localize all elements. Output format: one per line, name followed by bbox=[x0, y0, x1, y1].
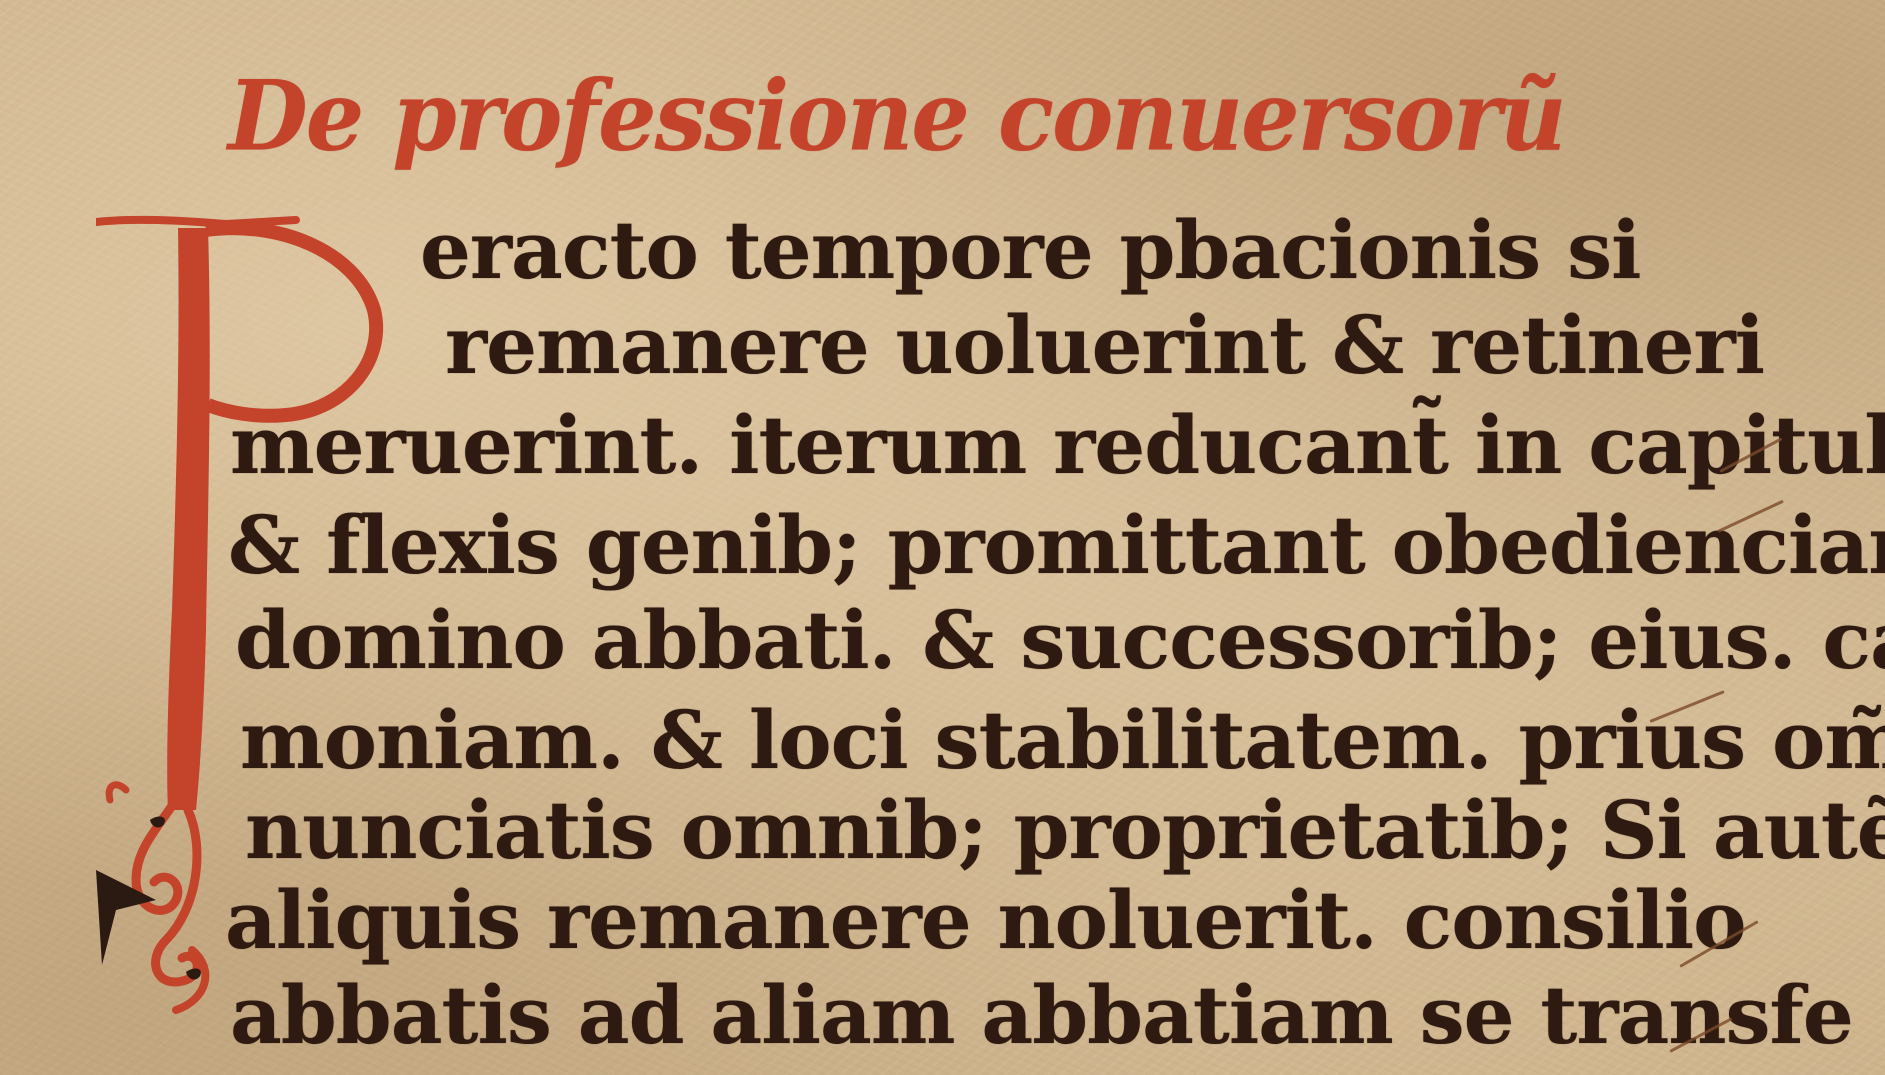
text-line-1: eracto tempore pbacionis si bbox=[420, 210, 1641, 290]
text-line-9: abbatis ad aliam abbatiam se transfe bbox=[230, 975, 1853, 1055]
text-line-2: remanere uoluerint & retineri bbox=[445, 305, 1764, 385]
manuscript-page: De professione conuersorũ eracto tempor… bbox=[0, 0, 1885, 1075]
text-line-4: & flexis genib; promittant obedienciam bbox=[228, 505, 1885, 585]
text-line-6: moniam. & loci stabilitatem. prius om̃i … bbox=[240, 700, 1885, 780]
text-line-5: domino abbati. & successorib; eius. cast… bbox=[235, 600, 1885, 680]
text-line-8: aliquis remanere noluerit. consilio bbox=[225, 880, 1745, 960]
rubric-heading: De professione conuersorũ bbox=[228, 68, 1565, 165]
text-line-3: meruerint. iterum reducant̃ in capitulũ bbox=[230, 405, 1885, 485]
text-line-7: nunciatis omnib; proprietatib; Si autẽ bbox=[245, 790, 1885, 870]
